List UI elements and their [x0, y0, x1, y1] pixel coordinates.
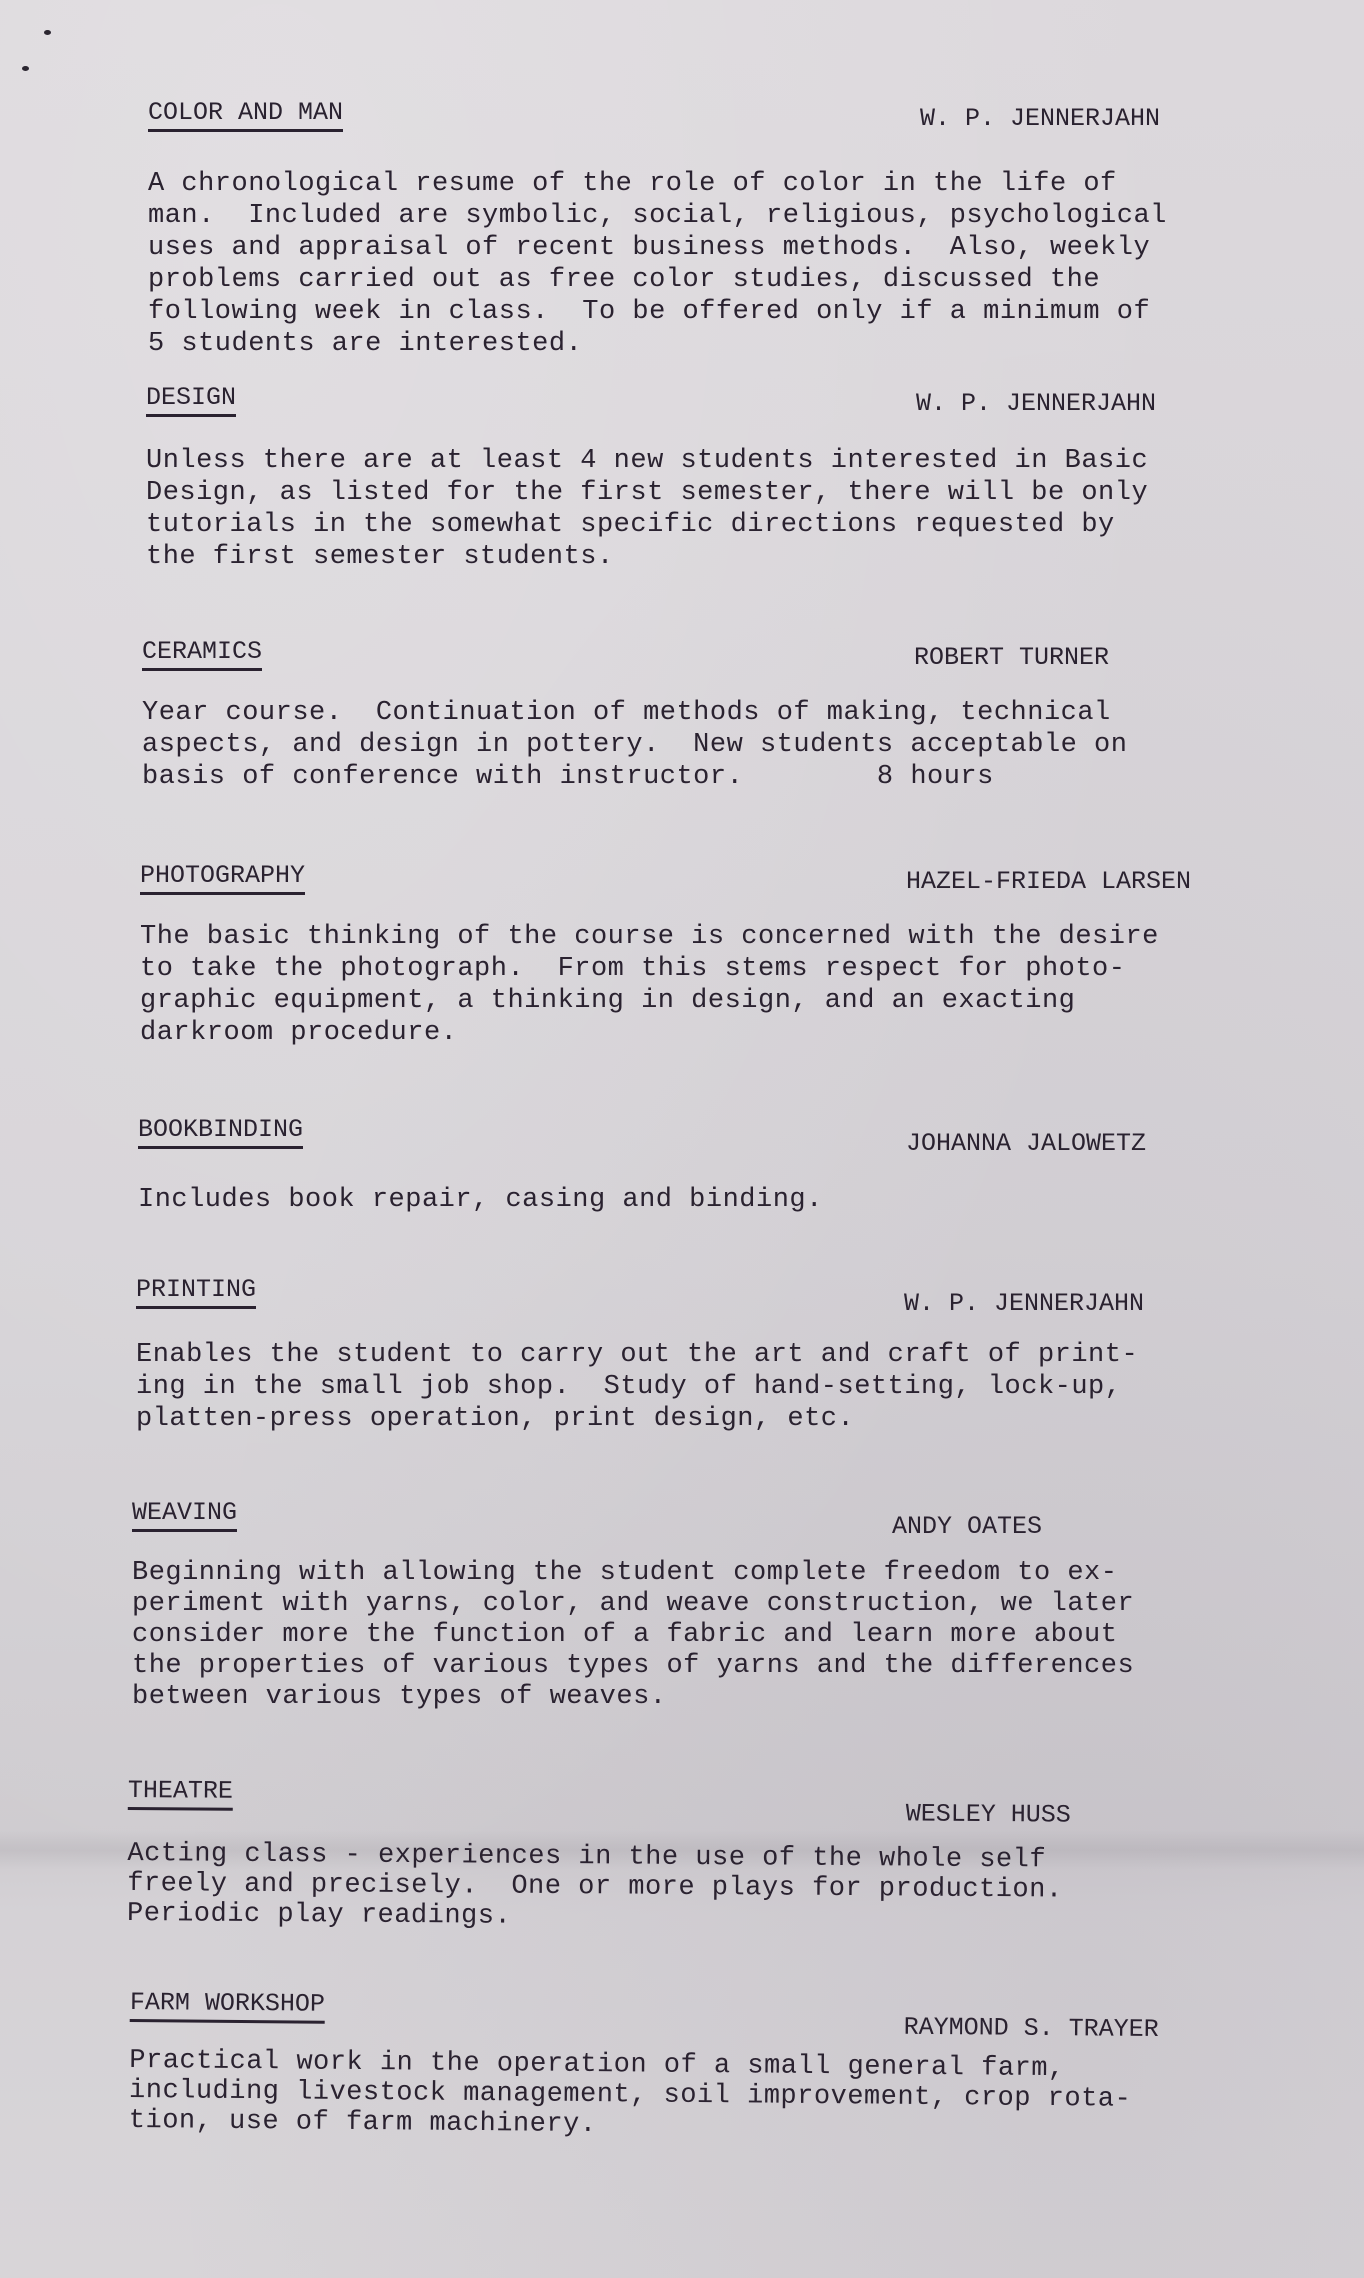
course-description: A chronological resume of the role of co…: [148, 168, 1167, 360]
course-description: Unless there are at least 4 new students…: [146, 445, 1148, 573]
course-instructor: ANDY OATES: [892, 1512, 1042, 1542]
course-title: DESIGN: [146, 383, 236, 417]
course-ceramics: CERAMICS ROBERT TURNER Year course. Cont…: [142, 637, 1342, 677]
course-description: Includes book repair, casing and binding…: [138, 1184, 823, 1216]
ink-speck: [44, 30, 51, 35]
course-farm-workshop: FARM WORKSHOP RAYMOND S. TRAYER Practica…: [130, 1988, 1330, 2038]
document-page: COLOR AND MAN W. P. JENNERJAHN A chronol…: [0, 0, 1364, 2278]
course-title: COLOR AND MAN: [148, 98, 343, 132]
course-bookbinding: BOOKBINDING JOHANNA JALOWETZ Includes bo…: [138, 1115, 1338, 1155]
course-design: DESIGN W. P. JENNERJAHN Unless there are…: [146, 383, 1346, 423]
course-description: Acting class - experiences in the use of…: [127, 1839, 1063, 1936]
course-weaving: WEAVING ANDY OATES Beginning with allowi…: [132, 1498, 1332, 1538]
course-instructor: WESLEY HUSS: [906, 1799, 1071, 1830]
course-title: THEATRE: [128, 1776, 233, 1811]
course-instructor: RAYMOND S. TRAYER: [904, 2013, 1159, 2045]
course-printing: PRINTING W. P. JENNERJAHN Enables the st…: [136, 1275, 1336, 1315]
course-instructor: JOHANNA JALOWETZ: [906, 1129, 1146, 1159]
course-instructor: ROBERT TURNER: [914, 643, 1109, 673]
course-instructor: W. P. JENNERJAHN: [904, 1289, 1144, 1319]
course-title: BOOKBINDING: [138, 1115, 303, 1149]
ink-speck: [22, 66, 29, 71]
course-description: The basic thinking of the course is conc…: [140, 921, 1159, 1049]
course-theatre: THEATRE WESLEY HUSS Acting class - exper…: [128, 1776, 1328, 1824]
course-description: Year course. Continuation of methods of …: [142, 697, 1127, 793]
course-instructor: W. P. JENNERJAHN: [916, 389, 1156, 419]
course-title: WEAVING: [132, 1498, 237, 1532]
course-title: FARM WORKSHOP: [130, 1988, 325, 2024]
course-photography: PHOTOGRAPHY HAZEL-FRIEDA LARSEN The basi…: [140, 861, 1340, 901]
course-title: PHOTOGRAPHY: [140, 861, 305, 895]
course-title: CERAMICS: [142, 637, 262, 671]
course-description: Practical work in the operation of a sma…: [129, 2046, 1132, 2145]
course-instructor: HAZEL-FRIEDA LARSEN: [906, 867, 1191, 897]
course-instructor: W. P. JENNERJAHN: [920, 104, 1160, 134]
course-description: Beginning with allowing the student comp…: [132, 1558, 1134, 1713]
course-title: PRINTING: [136, 1275, 256, 1309]
course-description: Enables the student to carry out the art…: [136, 1339, 1138, 1435]
course-color-and-man: COLOR AND MAN W. P. JENNERJAHN A chronol…: [148, 98, 1348, 138]
